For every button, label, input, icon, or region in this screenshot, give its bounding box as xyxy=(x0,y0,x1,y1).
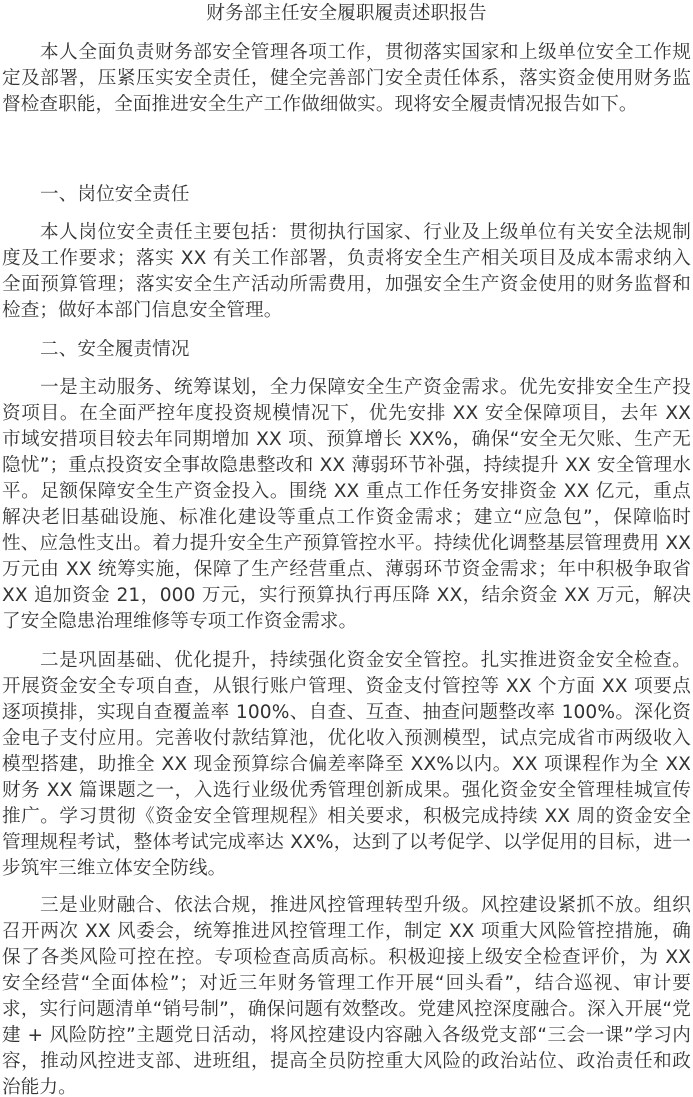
intro-paragraph: 本人全面负责财务部安全管理各项工作，贯彻落实国家和上级单位安全工作规定及部署，压… xyxy=(2,40,691,118)
section-2-paragraph-3: 三是业财融合、依法合规，推进风控管理转型升级。风控建设紧抓不放。组织召开两次 X… xyxy=(2,893,691,1097)
report-title: 财务部主任安全履职履责述职报告 xyxy=(0,1,693,27)
section-1-paragraph: 本人岗位安全责任主要包括：贯彻执行国家、行业及上级单位有关安全法规制度及工作要求… xyxy=(2,220,691,324)
section-heading-2: 二、安全履责情况 xyxy=(40,337,190,363)
section-heading-1: 一、岗位安全责任 xyxy=(40,182,190,208)
section-2-paragraph-1: 一是主动服务、统筹谋划，全力保障安全生产资金需求。优先安排安全生产投资项目。在全… xyxy=(2,375,691,635)
section-2-paragraph-2: 二是巩固基础、优化提升，持续强化资金安全管控。扎实推进资金安全检查。开展资金安全… xyxy=(2,648,691,882)
